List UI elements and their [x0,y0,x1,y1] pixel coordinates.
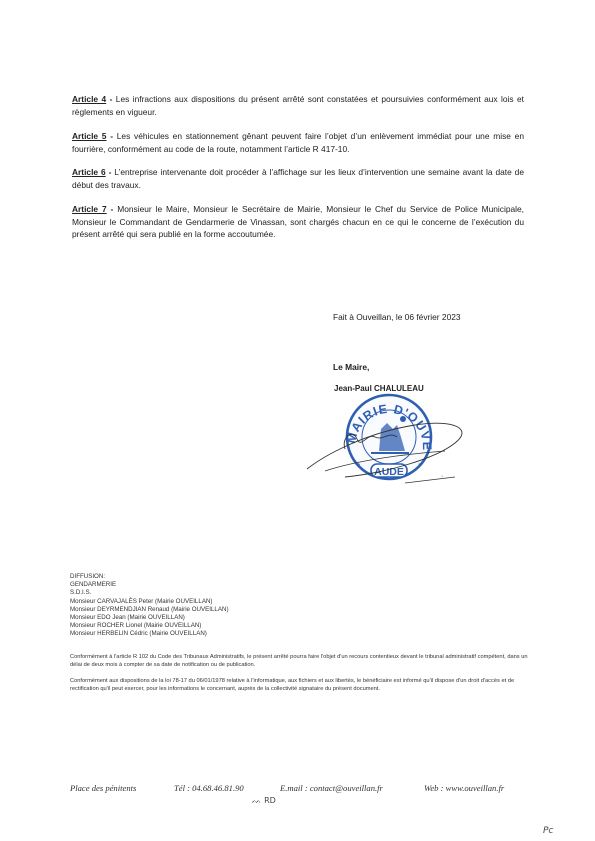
article-text: Les infractions aux dispositions du prés… [72,94,524,117]
article-label: Article 5 [72,131,106,141]
legal-privacy: Conformément aux dispositions de la loi … [70,677,530,693]
diffusion-recipient: Monsieur HERBELIN Cédric (Mairie OUVEILL… [70,630,229,638]
footer-phone: Tél : 04.68.46.81.90 [174,783,244,793]
footer-email: E.mail : contact@ouveillan.fr [280,783,383,793]
article-7: Article 7 - Monsieur le Maire, Monsieur … [72,203,524,241]
handwritten-initials: ᨓ RD [252,796,276,806]
mairie-stamp-icon: MAIRIE D'OUVEILLAN AUDE * * [305,385,475,485]
handwritten-initials-corner: Pc [543,826,553,836]
document-page: Article 4 - Les infractions aux disposit… [0,0,595,841]
footer-address: Place des pénitents [70,783,136,793]
diffusion-recipient: Monsieur DEYRMENDJIAN Renaud (Mairie OUV… [70,606,229,614]
diffusion-recipient: Monsieur ROCHER Lionel (Mairie OUVEILLAN… [70,622,229,630]
article-text: Monsieur le Maire, Monsieur le Secrétair… [72,204,524,239]
diffusion-list: DIFFUSION: GENDARMERIE S.D.I.S. Monsieur… [70,573,229,639]
article-6: Article 6 - L’entreprise intervenante do… [72,166,524,191]
article-label: Article 6 [72,167,106,177]
diffusion-recipient: Monsieur EDO Jean (Mairie OUVEILLAN) [70,614,229,622]
article-4: Article 4 - Les infractions aux disposit… [72,93,524,118]
article-label: Article 7 [72,204,107,214]
article-text: L’entreprise intervenante doit procéder … [72,167,524,190]
diffusion-recipient: S.D.I.S. [70,589,229,597]
article-5: Article 5 - Les véhicules en stationneme… [72,130,524,155]
footer-web: Web : www.ouveillan.fr [424,783,504,793]
diffusion-recipient: Monsieur CARVAJALÈS Peter (Mairie OUVEIL… [70,598,229,606]
diffusion-heading: DIFFUSION: [70,573,229,581]
stray-mark: ˋ [441,476,444,483]
signatory-title: Le Maire, [333,362,369,372]
legal-recourse: Conformément à l'article R 102 du Code d… [70,653,530,669]
svg-text:*: * [418,462,422,470]
place-date: Fait à Ouveillan, le 06 février 2023 [333,312,461,322]
svg-text:*: * [357,462,361,470]
diffusion-recipient: GENDARMERIE [70,581,229,589]
article-label: Article 4 [72,94,106,104]
article-text: Les véhicules en stationnement gênant pe… [72,131,524,154]
